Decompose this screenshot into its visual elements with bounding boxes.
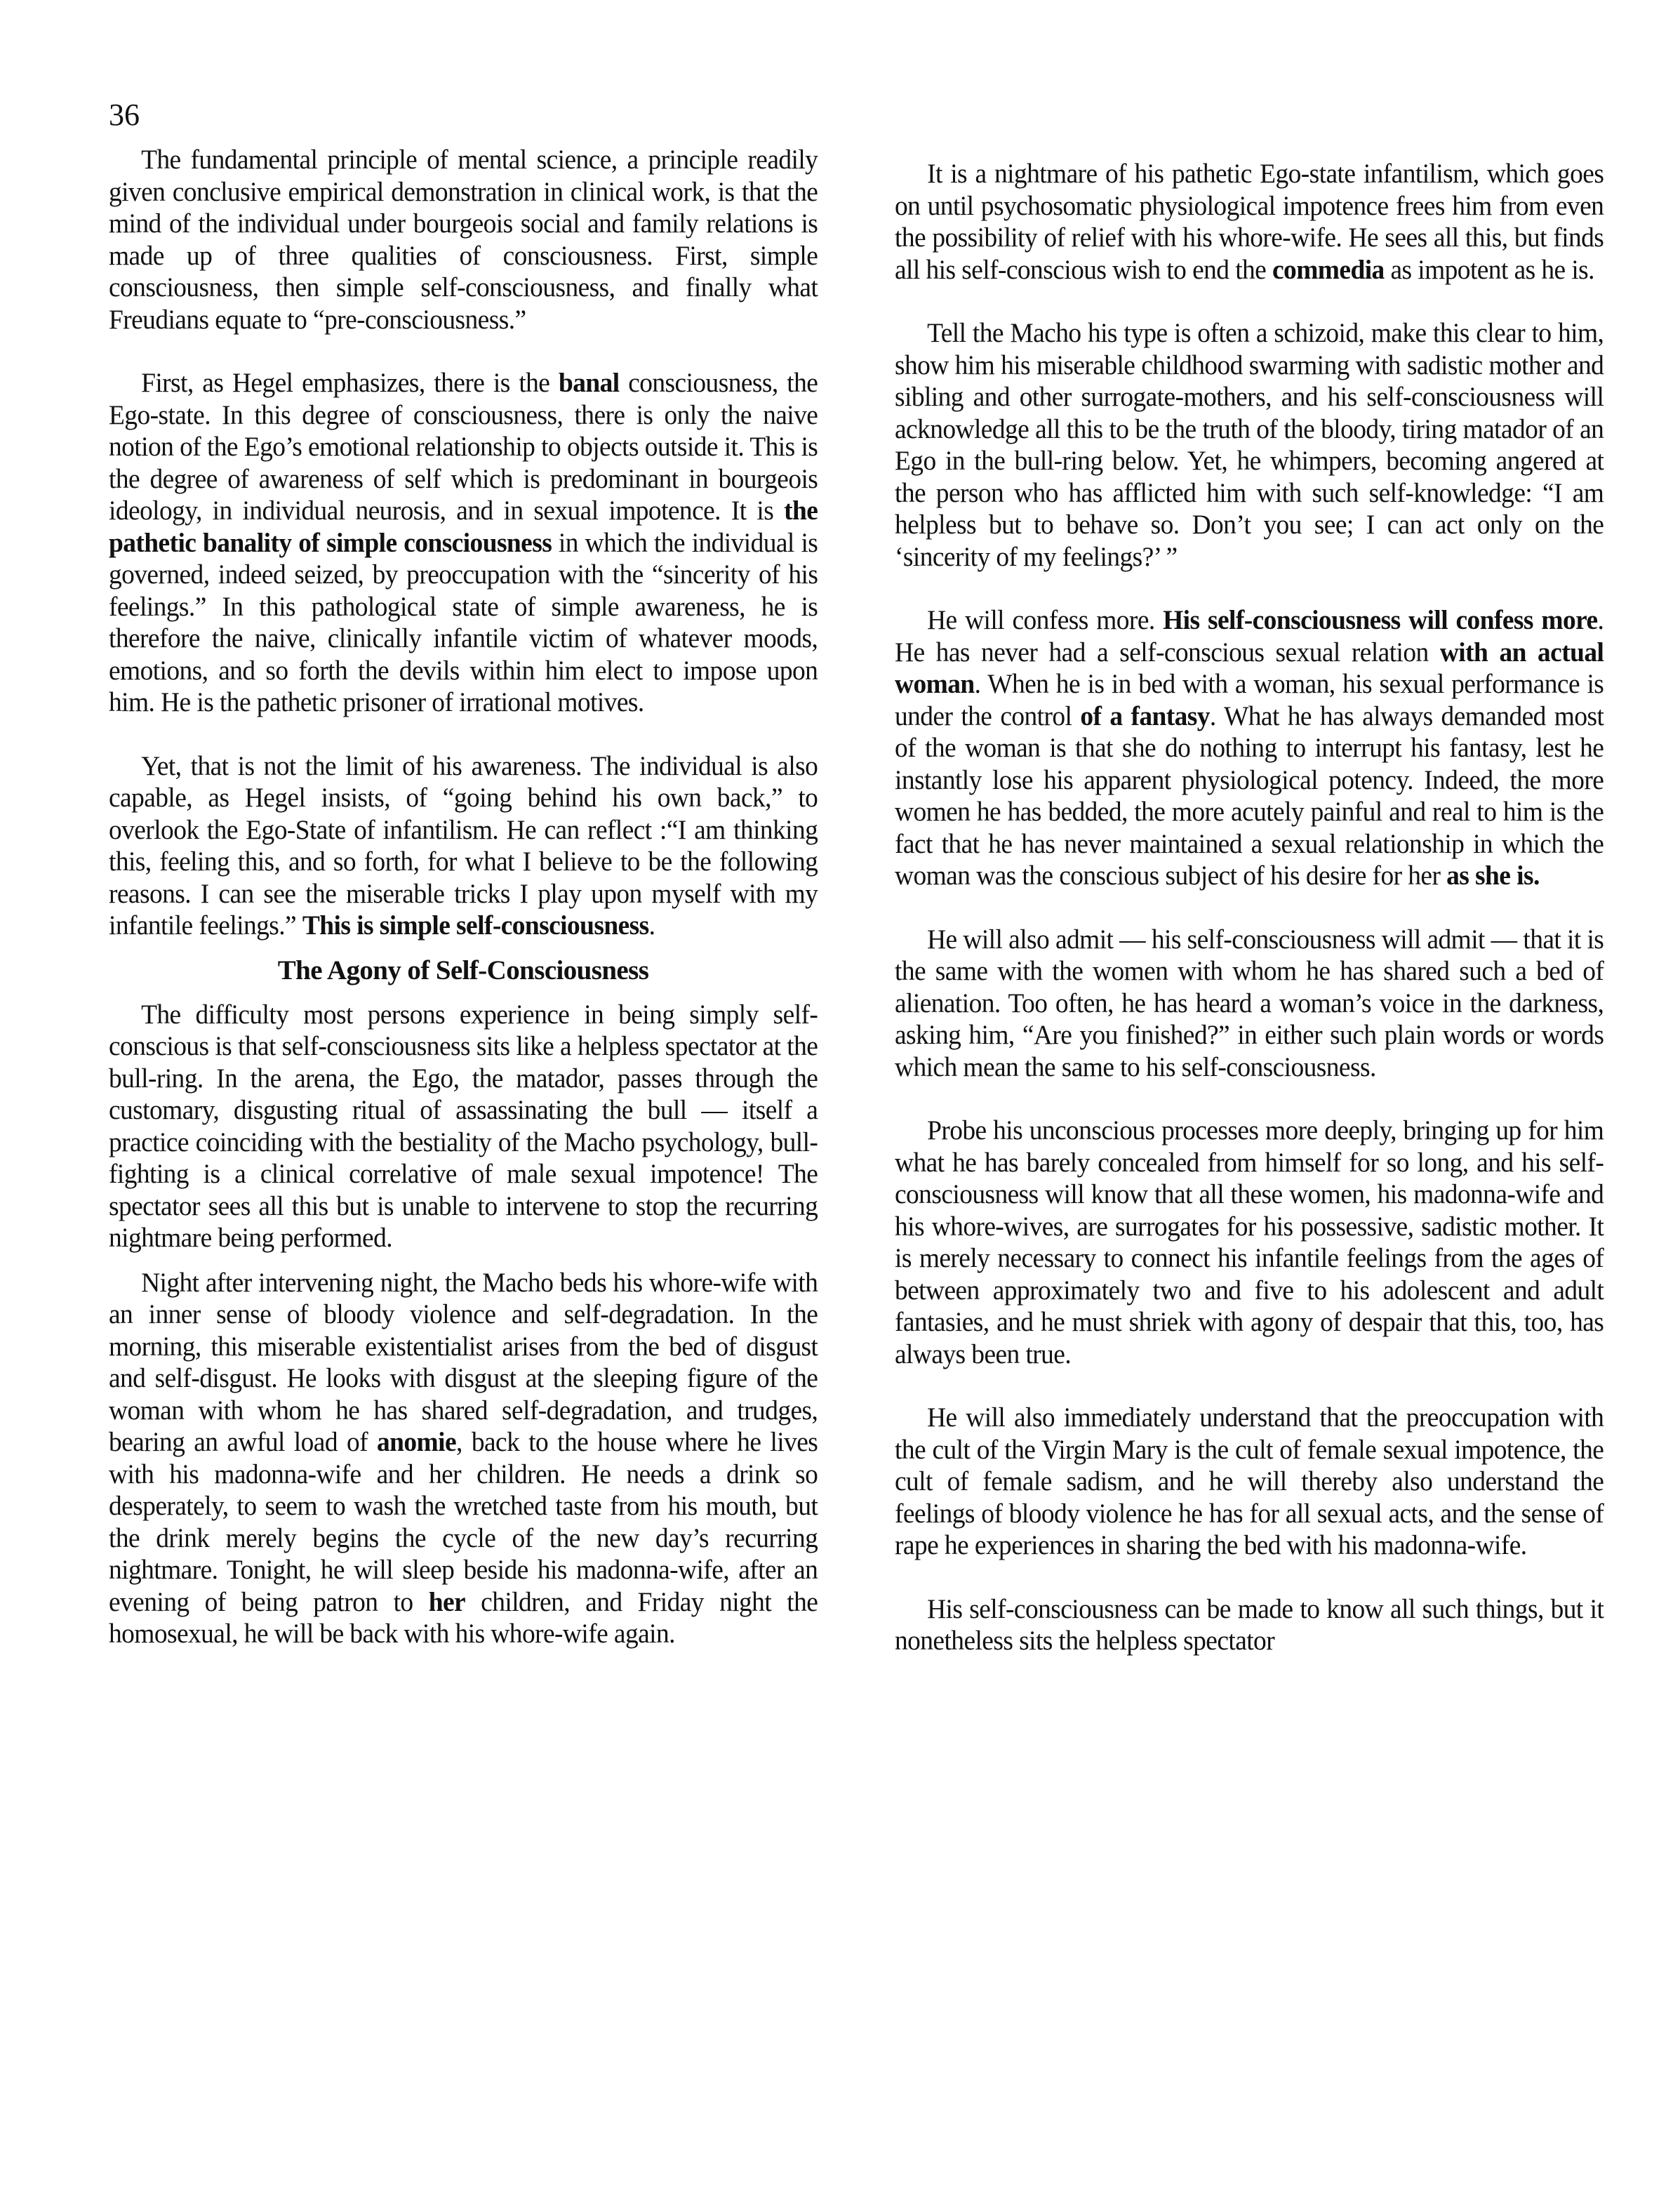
- paragraph: The difficulty most persons experience i…: [109, 999, 818, 1254]
- emphasis-text: of a fantasy: [1080, 701, 1210, 731]
- paragraph: His self-consciousness can be made to kn…: [895, 1593, 1604, 1657]
- body-text: He will also immediately understand that…: [895, 1402, 1604, 1560]
- left-column: The fundamental principle of mental scie…: [109, 144, 818, 1682]
- body-text: He will confess more.: [927, 605, 1163, 635]
- paragraph: The fundamental principle of mental scie…: [109, 144, 818, 336]
- paragraph: He will also admit — his self-consciousn…: [895, 924, 1604, 1084]
- body-text: as impotent as he is.: [1385, 255, 1594, 285]
- paragraph: First, as Hegel emphasizes, there is the…: [109, 367, 818, 719]
- paragraph: Probe his unconscious processes more dee…: [895, 1115, 1604, 1370]
- body-text: First, as Hegel emphasizes, there is the: [141, 368, 559, 398]
- section-heading: The Agony of Self-Consciousness: [109, 955, 818, 986]
- body-text: Tell the Macho his type is often a schiz…: [895, 318, 1604, 572]
- emphasis-text: anomie: [377, 1427, 456, 1457]
- paragraph: He will confess more. His self-conscious…: [895, 604, 1604, 892]
- paragraph: He will also immediately understand that…: [895, 1402, 1604, 1562]
- body-text: Probe his unconscious processes more dee…: [895, 1115, 1604, 1369]
- body-text: .: [649, 910, 655, 941]
- page-number: 36: [109, 98, 140, 132]
- emphasis-text: banal: [559, 368, 620, 398]
- emphasis-text: her: [429, 1587, 465, 1617]
- right-column: It is a nightmare of his pathetic Ego-st…: [895, 158, 1604, 1689]
- body-text: The difficulty most persons experience i…: [109, 1000, 818, 1254]
- body-text: The fundamental principle of mental scie…: [109, 145, 818, 335]
- paragraph: It is a nightmare of his pathetic Ego-st…: [895, 158, 1604, 286]
- paragraph: Night after intervening night, the Macho…: [109, 1267, 818, 1650]
- body-text: His self-consciousness can be made to kn…: [895, 1594, 1604, 1656]
- paragraph: Tell the Macho his type is often a schiz…: [895, 317, 1604, 573]
- emphasis-text: as she is.: [1446, 861, 1540, 891]
- paragraph: Yet, that is not the limit of his awaren…: [109, 750, 818, 942]
- emphasis-text: This is simple self-consciousness: [302, 910, 649, 941]
- emphasis-text: His self-consciousness will confess more: [1163, 605, 1597, 635]
- body-text: He will also admit — his self-consciousn…: [895, 924, 1604, 1082]
- emphasis-text: commedia: [1272, 255, 1385, 285]
